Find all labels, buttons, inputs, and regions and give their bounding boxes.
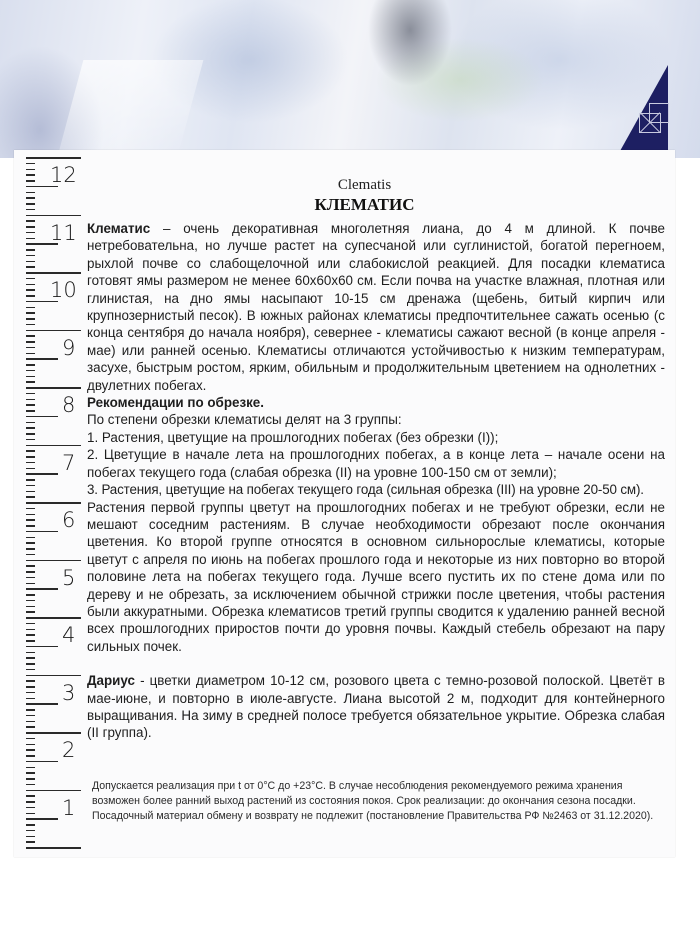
ruler-tick — [26, 646, 58, 648]
ruler-tick — [26, 272, 81, 274]
ruler-tick — [26, 554, 35, 556]
ruler-tick — [26, 324, 35, 326]
variety-paragraph: Дариус - цветки диаметром 10-12 см, розо… — [87, 672, 665, 742]
footer-line-3: Посадочный материал обмену и возврату не… — [92, 809, 672, 824]
ruler-tick — [26, 663, 35, 665]
ruler-tick — [26, 767, 35, 769]
ruler-tick — [26, 629, 35, 631]
ruler-tick — [26, 836, 35, 838]
ruler-tick — [26, 669, 35, 671]
ruler-number: 2 — [62, 738, 75, 762]
ruler-tick — [26, 537, 35, 539]
ruler-tick — [26, 502, 81, 504]
ruler-tick — [26, 307, 35, 309]
ruler-tick — [26, 330, 81, 332]
ruler-tick — [26, 462, 35, 464]
ruler-tick — [26, 588, 58, 590]
ruler-tick — [26, 157, 81, 159]
ruler-tick — [26, 261, 35, 263]
ruler-number: 10 — [50, 278, 77, 302]
ruler-tick — [26, 318, 35, 320]
ruler-tick — [26, 496, 35, 498]
ruler-tick — [26, 278, 35, 280]
ruler-tick — [26, 376, 35, 378]
ruler-tick — [26, 818, 58, 820]
ruler-tick — [26, 404, 35, 406]
ruler-tick — [26, 341, 35, 343]
ruler-tick — [26, 364, 35, 366]
ruler-tick — [26, 266, 35, 268]
ruler-tick — [26, 381, 35, 383]
ruler-tick — [26, 606, 35, 608]
intro-text: – очень декоративная многолетняя лиана, … — [87, 221, 665, 393]
ruler-tick — [26, 824, 35, 826]
ruler-tick — [26, 623, 35, 625]
ruler-tick — [26, 468, 35, 470]
ruler-tick — [26, 675, 81, 677]
storage-notice: Допускается реализация при t от 0°С до +… — [92, 779, 672, 824]
ruler-tick — [26, 617, 81, 619]
intro-paragraph: Клематис – очень декоративная многолетня… — [87, 220, 665, 394]
ruler-tick — [26, 416, 58, 418]
ruler-tick — [26, 813, 35, 815]
variety-name: Дариус — [87, 673, 135, 688]
ruler-tick — [26, 807, 35, 809]
ruler-tick — [26, 370, 35, 372]
pruning-intro: По степени обрезки клематисы делят на 3 … — [87, 411, 665, 428]
ruler-tick — [26, 657, 35, 659]
ruler-tick — [26, 445, 81, 447]
ruler-tick — [26, 525, 35, 527]
ruler-tick — [26, 761, 58, 763]
ruler-number: 1 — [62, 796, 75, 820]
ruler-tick — [26, 611, 35, 613]
ruler-tick — [26, 744, 35, 746]
plastic-bag-photo — [0, 0, 700, 158]
ruler-tick — [26, 427, 35, 429]
ruler-tick — [26, 634, 35, 636]
title-russian: КЛЕМАТИС — [14, 195, 675, 215]
ruler-tick — [26, 473, 58, 475]
footer-line-2: возможен более ранний выход растений из … — [92, 794, 672, 809]
ruler-number: 9 — [62, 336, 75, 360]
ruler-tick — [26, 640, 35, 642]
ruler-tick — [26, 519, 35, 521]
ruler-tick — [26, 548, 35, 550]
ruler-tick — [26, 531, 58, 533]
pruning-details: Растения первой группы цветут на прошлог… — [87, 499, 665, 656]
ruler-number: 11 — [50, 221, 77, 245]
ruler-tick — [26, 847, 81, 849]
ruler-number: 3 — [62, 681, 75, 705]
ruler-tick — [26, 698, 35, 700]
ruler-tick — [26, 778, 35, 780]
ruler-tick — [26, 732, 81, 734]
ruler-tick — [26, 450, 35, 452]
ruler-tick — [26, 514, 35, 516]
ruler-tick — [26, 232, 35, 234]
ruler-tick — [26, 790, 81, 792]
ruler-tick — [26, 456, 35, 458]
ruler-number: 6 — [62, 508, 75, 532]
ruler-tick — [26, 353, 35, 355]
ruler-tick — [26, 289, 35, 291]
ruler-tick — [26, 703, 58, 705]
ruler-tick — [26, 749, 35, 751]
ruler-tick — [26, 358, 58, 360]
ruler-number: 4 — [62, 623, 75, 647]
ruler-tick — [26, 801, 35, 803]
ruler-tick — [26, 772, 35, 774]
ruler-tick — [26, 542, 35, 544]
ruler-number: 7 — [62, 451, 75, 475]
ruler-tick — [26, 226, 35, 228]
ruler-tick — [26, 577, 35, 579]
ruler-tick — [26, 284, 35, 286]
pruning-group-2: 2. Цветущие в начале лета на прошлогодни… — [87, 446, 665, 481]
ruler-tick — [26, 439, 35, 441]
ruler-tick — [26, 335, 35, 337]
ruler-tick — [26, 560, 81, 562]
ruler-tick — [26, 399, 35, 401]
variety-text: - цветки диаметром 10-12 см, розового цв… — [87, 673, 665, 740]
plant-info-card: 121110987654321 Clematis КЛЕМАТИС Клемат… — [14, 150, 675, 857]
pruning-heading: Рекомендации по обрезке. — [87, 394, 665, 411]
ruler-tick — [26, 238, 35, 240]
ruler-tick — [26, 220, 35, 222]
centimeter-ruler: 121110987654321 — [14, 150, 94, 857]
ruler-tick — [26, 652, 35, 654]
ruler-tick — [26, 393, 35, 395]
ruler-tick — [26, 485, 35, 487]
ruler-tick — [26, 721, 35, 723]
ruler-tick — [26, 249, 35, 251]
ruler-tick — [26, 830, 35, 832]
ruler-tick — [26, 387, 81, 389]
ruler-tick — [26, 600, 35, 602]
ruler-tick — [26, 163, 35, 165]
do-not-crush-icon — [639, 113, 661, 133]
bag-fold-highlight — [57, 60, 204, 160]
ruler-tick — [26, 795, 35, 797]
ruler-tick — [26, 738, 35, 740]
footer-line-1: Допускается реализация при t от 0°С до +… — [92, 779, 672, 794]
ruler-tick — [26, 715, 35, 717]
ruler-tick — [26, 347, 35, 349]
ruler-tick — [26, 433, 35, 435]
description-body: Клематис – очень декоративная многолетня… — [87, 220, 665, 742]
ruler-number: 8 — [62, 393, 75, 417]
ruler-tick — [26, 508, 35, 510]
ruler-tick — [26, 491, 35, 493]
ruler-tick — [26, 169, 35, 171]
ruler-tick — [26, 680, 35, 682]
ruler-tick — [26, 594, 35, 596]
ruler-tick — [26, 295, 35, 297]
ruler-tick — [26, 571, 35, 573]
intro-lead: Клематис — [87, 221, 150, 236]
pruning-group-1: 1. Растения, цветущие на прошлогодних по… — [87, 429, 665, 446]
ruler-tick — [26, 709, 35, 711]
title-latin: Clematis — [14, 177, 675, 194]
ruler-tick — [26, 312, 35, 314]
ruler-tick — [26, 410, 35, 412]
ruler-tick — [26, 755, 35, 757]
ruler-number: 5 — [62, 566, 75, 590]
ruler-tick — [26, 174, 35, 176]
ruler-tick — [26, 692, 35, 694]
ruler-tick — [26, 686, 35, 688]
ruler-tick — [26, 841, 35, 843]
ruler-tick — [26, 422, 35, 424]
ruler-tick — [26, 583, 35, 585]
ruler-tick — [26, 255, 35, 257]
ruler-tick — [26, 565, 35, 567]
pruning-group-3: 3. Растения, цветущие на побегах текущег… — [87, 481, 665, 498]
ruler-tick — [26, 479, 35, 481]
ruler-tick — [26, 726, 35, 728]
ruler-tick — [26, 784, 35, 786]
